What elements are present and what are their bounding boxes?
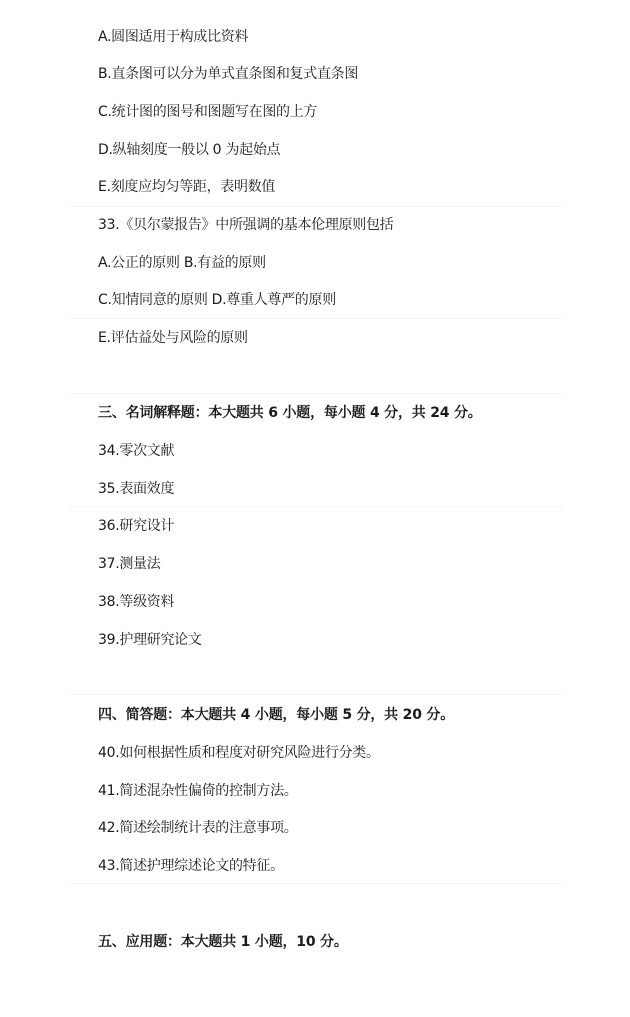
q33-stem: 33.《贝尔蒙报告》中所强调的基本伦理原则包括 xyxy=(98,215,393,235)
q33-options-ab: A.公正的原则 B.有益的原则 xyxy=(98,253,266,273)
q37: 37.测量法 xyxy=(98,554,160,574)
q43: 43.简述护理综述论文的特征。 xyxy=(98,856,284,876)
section5-heading: 五、应用题：本大题共 1 小题，10 分。 xyxy=(98,932,348,952)
q42: 42.简述绘制统计表的注意事项。 xyxy=(98,818,297,838)
q32-option-a: A.圆图适用于构成比资料 xyxy=(98,27,248,47)
q33-option-e: E.评估益处与风险的原则 xyxy=(98,328,248,348)
separator xyxy=(70,318,562,319)
q41: 41.简述混杂性偏倚的控制方法。 xyxy=(98,781,297,801)
q38: 38.等级资料 xyxy=(98,592,174,612)
q40: 40.如何根据性质和程度对研究风险进行分类。 xyxy=(98,743,380,763)
separator xyxy=(70,393,562,394)
q34: 34.零次文献 xyxy=(98,441,174,461)
exam-page: A.圆图适用于构成比资料 B.直条图可以分为单式直条图和复式直条图 C.统计图的… xyxy=(0,0,630,1017)
section3-heading: 三、名词解释题：本大题共 6 小题，每小题 4 分，共 24 分。 xyxy=(98,403,482,423)
q36: 36.研究设计 xyxy=(98,516,174,536)
q32-option-c: C.统计图的图号和图题写在图的上方 xyxy=(98,102,317,122)
separator xyxy=(70,506,562,507)
section4-heading: 四、简答题：本大题共 4 小题，每小题 5 分，共 20 分。 xyxy=(98,705,454,725)
separator xyxy=(70,694,562,695)
q33-options-cd: C.知情同意的原则 D.尊重人尊严的原则 xyxy=(98,290,336,310)
separator xyxy=(70,883,562,884)
q35: 35.表面效度 xyxy=(98,479,174,499)
q32-option-e: E.刻度应均匀等距，表明数值 xyxy=(98,177,275,197)
separator xyxy=(70,206,562,207)
q32-option-d: D.纵轴刻度一般以 0 为起始点 xyxy=(98,140,280,160)
q32-option-b: B.直条图可以分为单式直条图和复式直条图 xyxy=(98,64,358,84)
q39: 39.护理研究论文 xyxy=(98,630,202,650)
